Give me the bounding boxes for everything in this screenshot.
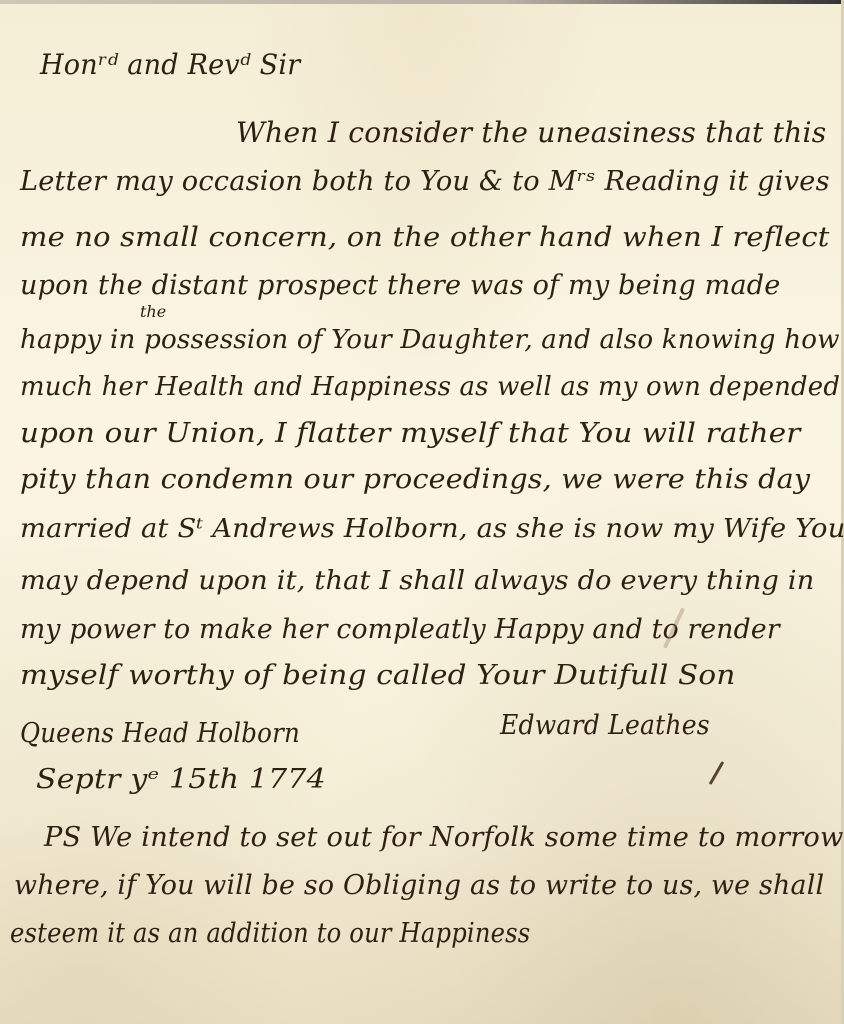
place-of-writing: Queens Head Holborn bbox=[20, 718, 300, 749]
signature: Edward Leathes bbox=[500, 710, 710, 741]
body-line-4: upon the distant prospect there was of m… bbox=[20, 270, 780, 301]
interlinear-insertion: the bbox=[140, 302, 166, 321]
body-line-3: me no small concern, on the other hand w… bbox=[20, 222, 830, 253]
postscript-line-1: PS We intend to set out for Norfolk some… bbox=[44, 822, 843, 853]
body-line-10: may depend upon it, that I shall always … bbox=[20, 566, 814, 596]
body-line-12: myself worthy of being called Your Dutif… bbox=[20, 660, 736, 691]
postscript-line-3: esteem it as an addition to our Happines… bbox=[10, 918, 530, 949]
body-line-9: married at Sᵗ Andrews Holborn, as she is… bbox=[20, 514, 844, 544]
body-line-8: pity than condemn our proceedings, we we… bbox=[20, 464, 810, 495]
page-top-edge bbox=[0, 0, 844, 4]
salutation: Honʳᵈ and Revᵈ Sir bbox=[40, 48, 300, 81]
postscript-line-2: where, if You will be so Obliging as to … bbox=[14, 870, 824, 901]
body-line-7: upon our Union, I flatter myself that Yo… bbox=[20, 418, 801, 449]
body-line-1: When I consider the uneasiness that this bbox=[236, 116, 826, 149]
date-line: Septr yᵉ 15th 1774 bbox=[36, 764, 326, 795]
body-line-5: happy in possession of Your Daughter, an… bbox=[20, 325, 840, 355]
body-line-6: much her Health and Happiness as well as… bbox=[20, 372, 840, 402]
body-line-2: Letter may occasion both to You & to Mʳˢ… bbox=[20, 166, 830, 197]
